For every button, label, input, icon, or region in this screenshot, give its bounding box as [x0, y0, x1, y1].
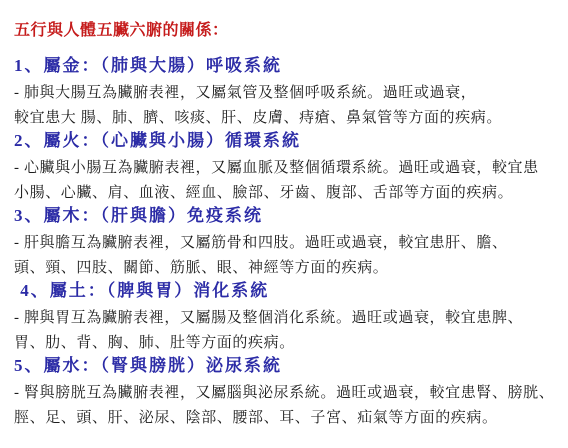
section-metal: 1、屬金：（肺與大腸）呼吸系統 - 肺與大腸互為臟腑表裡，又屬氣管及整個呼吸系統…: [14, 56, 560, 131]
body-line: 脛、足、頭、肝、泌尿、陰部、腰部、耳、子宮、疝氣等方面的疾病。: [14, 406, 560, 431]
body-line: - 肝與膽互為臟腑表裡，又屬筋骨和四肢。過旺或過衰，較宜患肝、膽、: [14, 231, 560, 256]
section-heading: 2、屬火：（心臟與小腸）循環系統: [14, 131, 560, 151]
document-title: 五行與人體五臟六腑的關係：: [14, 21, 560, 41]
section-heading: 5、屬水：（腎與膀胱）泌尿系統: [14, 356, 560, 376]
body-line: 較宜患大 腸、肺、臍、咳痰、肝、皮膚、痔瘡、鼻氣管等方面的疾病。: [14, 106, 560, 131]
document-page: 五行與人體五臟六腑的關係： 1、屬金：（肺與大腸）呼吸系統 - 肺與大腸互為臟腑…: [0, 0, 568, 448]
section-water: 5、屬水：（腎與膀胱）泌尿系統 - 腎與膀胱互為臟腑表裡，又屬腦與泌尿系統。過旺…: [14, 356, 560, 431]
body-line: - 心臟與小腸互為臟腑表裡，又屬血脈及整個循環系統。過旺或過衰，較宜患: [14, 156, 560, 181]
section-heading: 1、屬金：（肺與大腸）呼吸系統: [14, 56, 560, 76]
section-earth: 4、屬土：（脾與胃）消化系統 - 脾與胃互為臟腑表裡，又屬腸及整個消化系統。過旺…: [14, 281, 560, 356]
section-heading: 4、屬土：（脾與胃）消化系統: [14, 281, 560, 301]
body-line: - 腎與膀胱互為臟腑表裡，又屬腦與泌尿系統。過旺或過衰，較宜患腎、膀胱、: [14, 381, 560, 406]
body-line: 小腸、心臟、肩、血液、經血、臉部、牙齒、腹部、舌部等方面的疾病。: [14, 181, 560, 206]
section-fire: 2、屬火：（心臟與小腸）循環系統 - 心臟與小腸互為臟腑表裡，又屬血脈及整個循環…: [14, 131, 560, 206]
body-line: 胃、肋、背、胸、肺、肚等方面的疾病。: [14, 331, 560, 356]
section-wood: 3、屬木：（肝與膽）免疫系统 - 肝與膽互為臟腑表裡，又屬筋骨和四肢。過旺或過衰…: [14, 206, 560, 281]
body-line: 頭、頸、四肢、關節、筋脈、眼、神經等方面的疾病。: [14, 256, 560, 281]
body-line: - 肺與大腸互為臟腑表裡，又屬氣管及整個呼吸系統。過旺或過衰，: [14, 81, 560, 106]
section-heading: 3、屬木：（肝與膽）免疫系统: [14, 206, 560, 226]
body-line: - 脾與胃互為臟腑表裡，又屬腸及整個消化系統。過旺或過衰，較宜患脾、: [14, 306, 560, 331]
